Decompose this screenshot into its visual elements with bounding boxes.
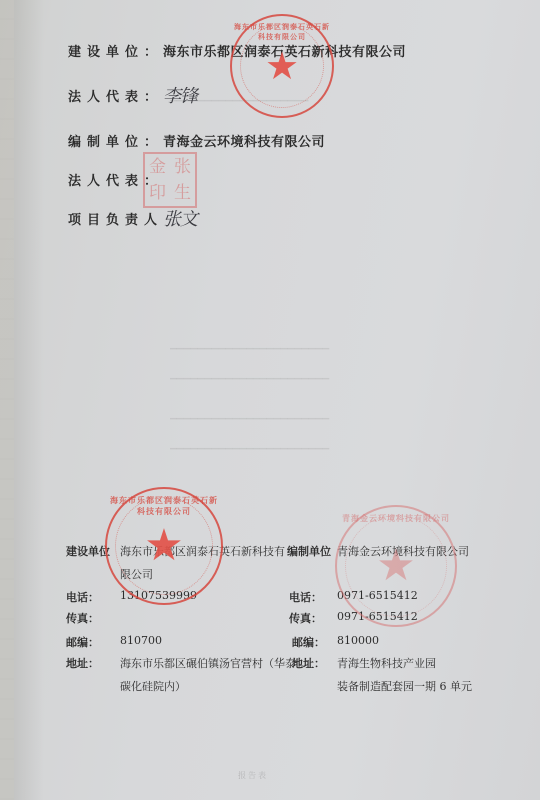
page-footer-marker: 报告表 — [238, 770, 268, 781]
legal-rep-signature: 李锋 — [163, 82, 197, 108]
seal-text: 海东市乐都区润泰石英石新科技有限公司 — [107, 495, 221, 517]
bleed-through-text: ▁▁▁▁▁▁▁▁▁▁▁▁▁▁▁▁▁▁▁▁▁▁▁ — [170, 440, 460, 450]
right-postcode-value: 810000 — [337, 634, 379, 647]
right-address-value: 青海生物科技产业园 — [337, 655, 436, 671]
compiling-unit-value: 青海金云环境科技有限公司 — [163, 131, 325, 150]
star-icon: ★ — [376, 544, 415, 588]
bleed-through-text: ▁▁▁▁▁▁▁▁▁▁▁▁▁▁▁▁▁▁▁▁▁▁▁ — [170, 370, 460, 380]
project-lead-row: 项目负责人 张文 — [68, 206, 197, 230]
seal-char: 张 — [170, 154, 195, 180]
seal-text: 青海金云环境科技有限公司 — [337, 513, 455, 524]
star-icon: ★ — [144, 524, 183, 568]
company-seal-top: 海东市乐都区润泰石英石新科技有限公司 ★ — [230, 14, 334, 118]
construction-unit-label: 建设单位： — [68, 41, 163, 60]
bleed-through-text: ▁▁▁▁▁▁▁▁▁▁▁▁▁▁▁▁▁▁▁▁▁▁▁ — [170, 410, 460, 420]
star-icon: ★ — [265, 47, 299, 85]
right-unit-label: 编制单位 — [287, 543, 331, 559]
right-address-value-cont: 装备制造配套园一期 6 单元 — [337, 678, 472, 694]
legal-rep-label: 法人代表： — [68, 86, 163, 105]
left-fax-label: 传真： — [66, 610, 99, 626]
right-address-label: 地址： — [292, 655, 325, 671]
page-binding-edge — [0, 0, 14, 800]
seal-text: 海东市乐都区润泰石英石新科技有限公司 — [232, 22, 332, 42]
right-phone-label: 电话： — [289, 589, 322, 605]
left-postcode-label: 邮编： — [66, 634, 99, 650]
bleed-through-text: ▁▁▁▁▁▁▁▁▁▁▁▁▁▁▁▁▁▁▁▁▁▁▁ — [170, 340, 460, 350]
right-postcode-label: 邮编： — [292, 634, 325, 650]
compiling-unit-label: 编制单位： — [68, 131, 163, 150]
compiling-unit-row: 编制单位： 青海金云环境科技有限公司 — [68, 128, 325, 152]
page-shadow — [14, 0, 44, 800]
right-fax-label: 传真： — [289, 610, 322, 626]
left-unit-label: 建设单位 — [66, 543, 110, 559]
project-lead-label: 项目负责人 — [68, 209, 163, 228]
left-address-label: 地址： — [66, 655, 99, 671]
project-lead-signature: 张文 — [163, 205, 197, 231]
legal-rep-row-1: 法人代表： 李锋 — [68, 83, 197, 107]
seal-char: 金 — [145, 154, 170, 180]
company-seal-construction: 海东市乐都区润泰石英石新科技有限公司 ★ — [105, 487, 223, 605]
left-address-value: 海东市乐都区碾伯镇汤官营村（华泰 — [120, 655, 296, 671]
seal-char: 生 — [170, 180, 195, 206]
company-seal-compiler: 青海金云环境科技有限公司 ★ — [335, 505, 457, 627]
left-address-value-cont: 碳化硅院内） — [120, 678, 186, 694]
left-phone-label: 电话： — [66, 589, 99, 605]
personal-name-seal: 金 张 印 生 — [143, 152, 197, 208]
left-postcode-value: 810700 — [120, 634, 162, 647]
seal-char: 印 — [145, 180, 170, 206]
